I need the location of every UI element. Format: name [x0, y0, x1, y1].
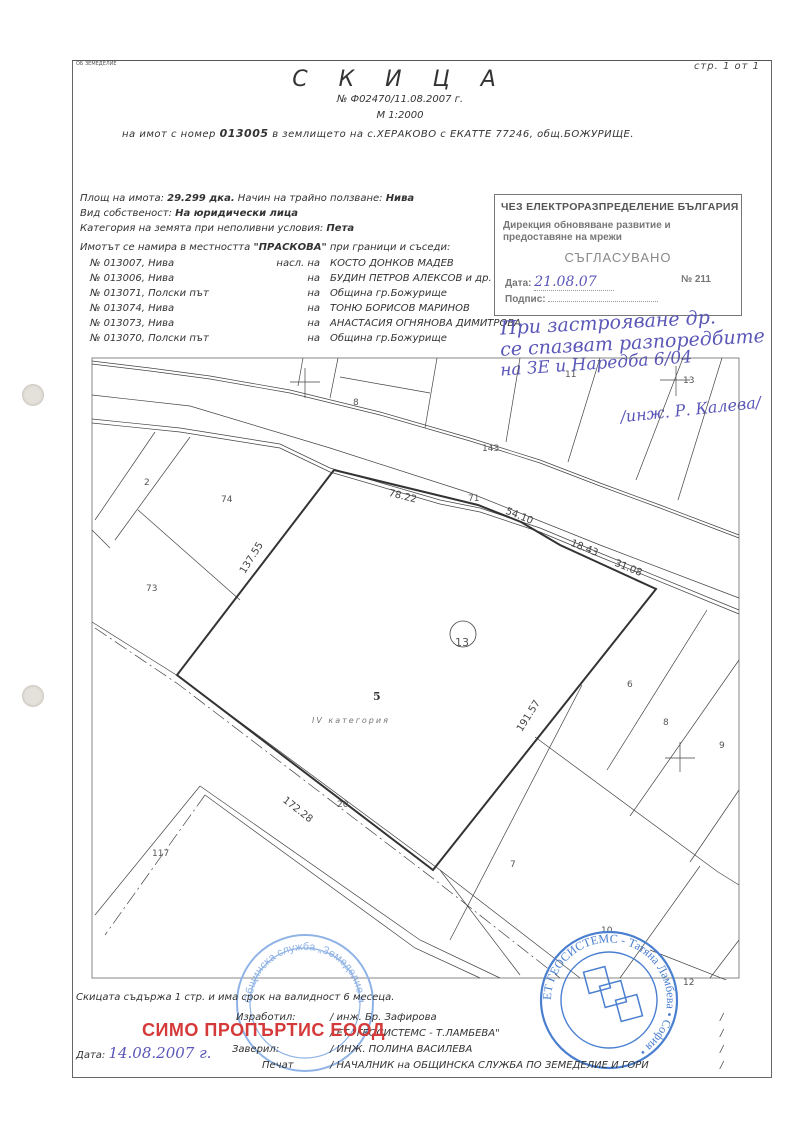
use-value: Нива: [386, 193, 414, 204]
chief-title: / НАЧАЛНИК на ОБЩИНСКА СЛУЖБА ПО ЗЕМЕДЕЛ…: [330, 1060, 649, 1071]
punch-hole-top: [22, 384, 44, 406]
property-id: 013005: [220, 127, 269, 140]
parcel-label: 20: [337, 800, 348, 810]
document-title: С К И Ц А: [0, 67, 800, 92]
signature-line: [548, 301, 658, 302]
neighbour-owner: БУДИН ПЕТРОВ АЛЕКСОВ и др.: [330, 273, 492, 284]
area-value: 29.299 дка.: [167, 193, 234, 204]
parcel-label: 74: [221, 495, 232, 505]
parcel-label: 117: [152, 849, 169, 859]
parcel-label: 11: [565, 370, 576, 380]
neighbour-relation: на: [307, 273, 320, 284]
ownership-line: Вид собственост: На юридически лица: [80, 208, 298, 219]
date-line: Дата: 14.08.2007 г.: [76, 1044, 211, 1062]
neighbour-owner: Община гр.Божурище: [330, 333, 447, 344]
stamp-company: ЧЕЗ ЕЛЕКТРОРАЗПРЕДЕЛЕНИЕ БЪЛГАРИЯ: [501, 201, 739, 213]
stamp-signature: Подпис:: [505, 294, 658, 305]
category-note: IV категория: [312, 716, 390, 725]
parcel-label: 5: [373, 690, 381, 703]
seal-label: Печат: [262, 1060, 294, 1071]
watermark: СИМО ПРОПЪРТИС ЕООД: [142, 1020, 385, 1041]
neighbour-relation: на: [307, 288, 320, 299]
stamp-status: СЪГЛАСУВАНО: [495, 250, 741, 265]
document-number: № Ф02470/11.08.2007 г.: [0, 94, 800, 105]
slash-4: /: [720, 1060, 723, 1071]
stamp-date: Дата: 21.08.07: [505, 274, 614, 291]
neighbour-owner: КОСТО ДОНКОВ МАДЕВ: [330, 258, 454, 269]
category-value: Пета: [326, 223, 354, 234]
certified-by: / ИНЖ. ПОЛИНА ВАСИЛЕВА: [330, 1044, 472, 1055]
neighbour-owner: ТОНЮ БОРИСОВ МАРИНОВ: [330, 303, 470, 314]
category-line: Категория на земята при неполивни услови…: [80, 223, 354, 234]
stamp-date-label: Дата:: [505, 278, 531, 289]
location-line: Имотът се намира в местността "ПРАСКОВА"…: [80, 242, 450, 253]
stamp-date-value: 21.08.07: [534, 274, 614, 291]
parcel-label: 13: [683, 376, 694, 386]
parcel-label: 9: [719, 741, 725, 751]
category-label: Категория на земята при неполивни услови…: [80, 223, 326, 234]
location-post: при граници и съседи:: [327, 242, 451, 253]
neighbour-id: № 013074, Нива: [90, 303, 174, 314]
stamp-department: Дирекция обновяване развитие и предостав…: [503, 220, 703, 244]
parcel-label: 71: [468, 494, 479, 504]
neighbour-relation: на: [307, 318, 320, 329]
neighbour-id: № 013073, Нива: [90, 318, 174, 329]
parcel-label: 13: [455, 636, 469, 649]
parcel-label: 8: [353, 398, 359, 408]
area-label: Площ на имота:: [80, 193, 167, 204]
parcel-label: 6: [627, 680, 633, 690]
parcel-label: 8: [663, 718, 669, 728]
municipal-seal: Общинска служба „Земеделие и гори“: [230, 928, 380, 1078]
company-seal: ЕТ ГЕОСИСТЕМС - Татяна Ламбева • София •: [534, 925, 684, 1075]
neighbour-relation: на: [307, 333, 320, 344]
slash-3: /: [720, 1044, 723, 1055]
area-line: Площ на имота: 29.299 дка. Начин на трай…: [80, 193, 414, 204]
cadastral-map: [90, 357, 740, 980]
parcel-label: 12: [683, 978, 694, 988]
date-value: 14.08.2007 г.: [108, 1044, 211, 1062]
validity-note: Скицата съдържа 1 стр. и има срок на вал…: [76, 992, 394, 1003]
slash-2: /: [720, 1028, 723, 1039]
ownership-value: На юридически лица: [175, 208, 298, 219]
certified-label: Заверил:: [232, 1044, 279, 1055]
punch-hole-bottom: [22, 685, 44, 707]
stamp-signature-label: Подпис:: [505, 294, 546, 305]
subject-post: в землището на с.ХЕРАКОВО с ЕКАТТЕ 77246…: [269, 129, 635, 140]
neighbour-owner: АНАСТАСИЯ ОГНЯНОВА ДИМИТРОВА: [330, 318, 521, 329]
parcel-label: 7: [510, 860, 516, 870]
date-label: Дата:: [76, 1050, 105, 1061]
subject-pre: на имот с номер: [122, 129, 220, 140]
stamp-number: № 211: [681, 274, 711, 285]
parcel-label: 143: [482, 444, 499, 454]
approval-stamp: ЧЕЗ ЕЛЕКТРОРАЗПРЕДЕЛЕНИЕ БЪЛГАРИЯ Дирекц…: [494, 194, 742, 316]
neighbour-id: № 013070, Полски път: [90, 333, 209, 344]
neighbour-owner: Община гр.Божурище: [330, 288, 447, 299]
location-value: "ПРАСКОВА": [253, 242, 326, 253]
parcel-label: 2: [144, 478, 150, 488]
use-label: Начин на трайно ползване:: [235, 193, 386, 204]
neighbour-relation: насл. на: [276, 258, 320, 269]
neighbour-id: № 013071, Полски път: [90, 288, 209, 299]
neighbour-relation: на: [307, 303, 320, 314]
map-scale: М 1:2000: [0, 110, 800, 121]
slash-1: /: [720, 1012, 723, 1023]
subject-line: на имот с номер 013005 в землището на с.…: [122, 127, 634, 140]
neighbour-id: № 013007, Нива: [90, 258, 174, 269]
ownership-label: Вид собственост:: [80, 208, 175, 219]
parcel-label: 73: [146, 584, 157, 594]
neighbour-id: № 013006, Нива: [90, 273, 174, 284]
location-pre: Имотът се намира в местността: [80, 242, 253, 253]
